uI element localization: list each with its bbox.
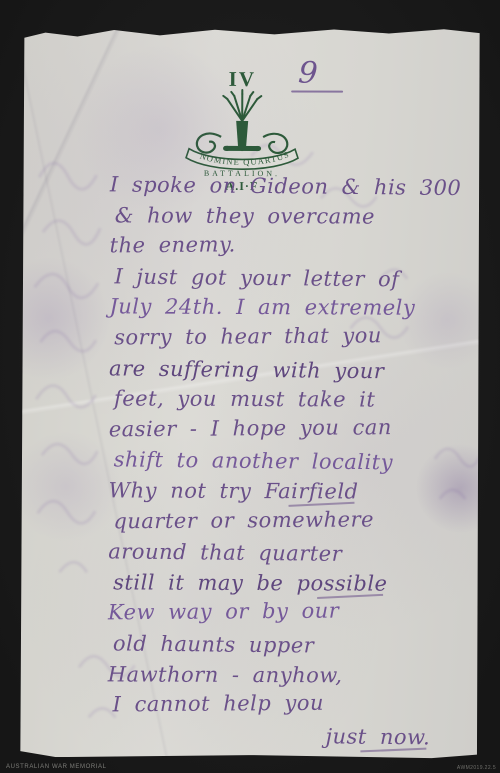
archive-watermark: AUSTRALIAN WAR MEMORIAL	[6, 764, 107, 770]
accession-number: AWM2019.22.5	[457, 765, 496, 771]
letter-line: around that quarter	[108, 540, 473, 574]
letter-line: old haunts upper	[113, 631, 473, 665]
letter-line: the enemy.	[110, 231, 475, 264]
handwritten-letter-body: I spoke on Gideon & his 300 & how they o…	[107, 172, 475, 755]
letter-line: easier - I hope you can	[109, 414, 474, 447]
letter-line: just now.	[325, 724, 472, 756]
letter-line: feet, you must take it	[114, 387, 474, 419]
letter-line: quarter or somewhere	[113, 506, 473, 539]
letter-line: I just got your letter of	[114, 264, 474, 298]
wheat-sheaf-crest-icon: NOMINE QUARTUS.	[167, 89, 317, 172]
letter-line: I spoke on Gideon & his 300	[110, 172, 475, 206]
handwritten-page-number: 9	[297, 55, 359, 94]
scan-background: IV	[0, 0, 500, 773]
letter-page: IV	[19, 26, 480, 759]
letter-line: sorry to hear that you	[114, 323, 474, 356]
letter-line: are suffering with your	[109, 356, 474, 390]
letter-line: I cannot help you	[113, 690, 473, 723]
letter-line: Kew way or by our	[108, 598, 473, 631]
letter-line: Why not try Fairfield	[108, 478, 473, 510]
letter-line: shift to another locality	[114, 448, 474, 482]
